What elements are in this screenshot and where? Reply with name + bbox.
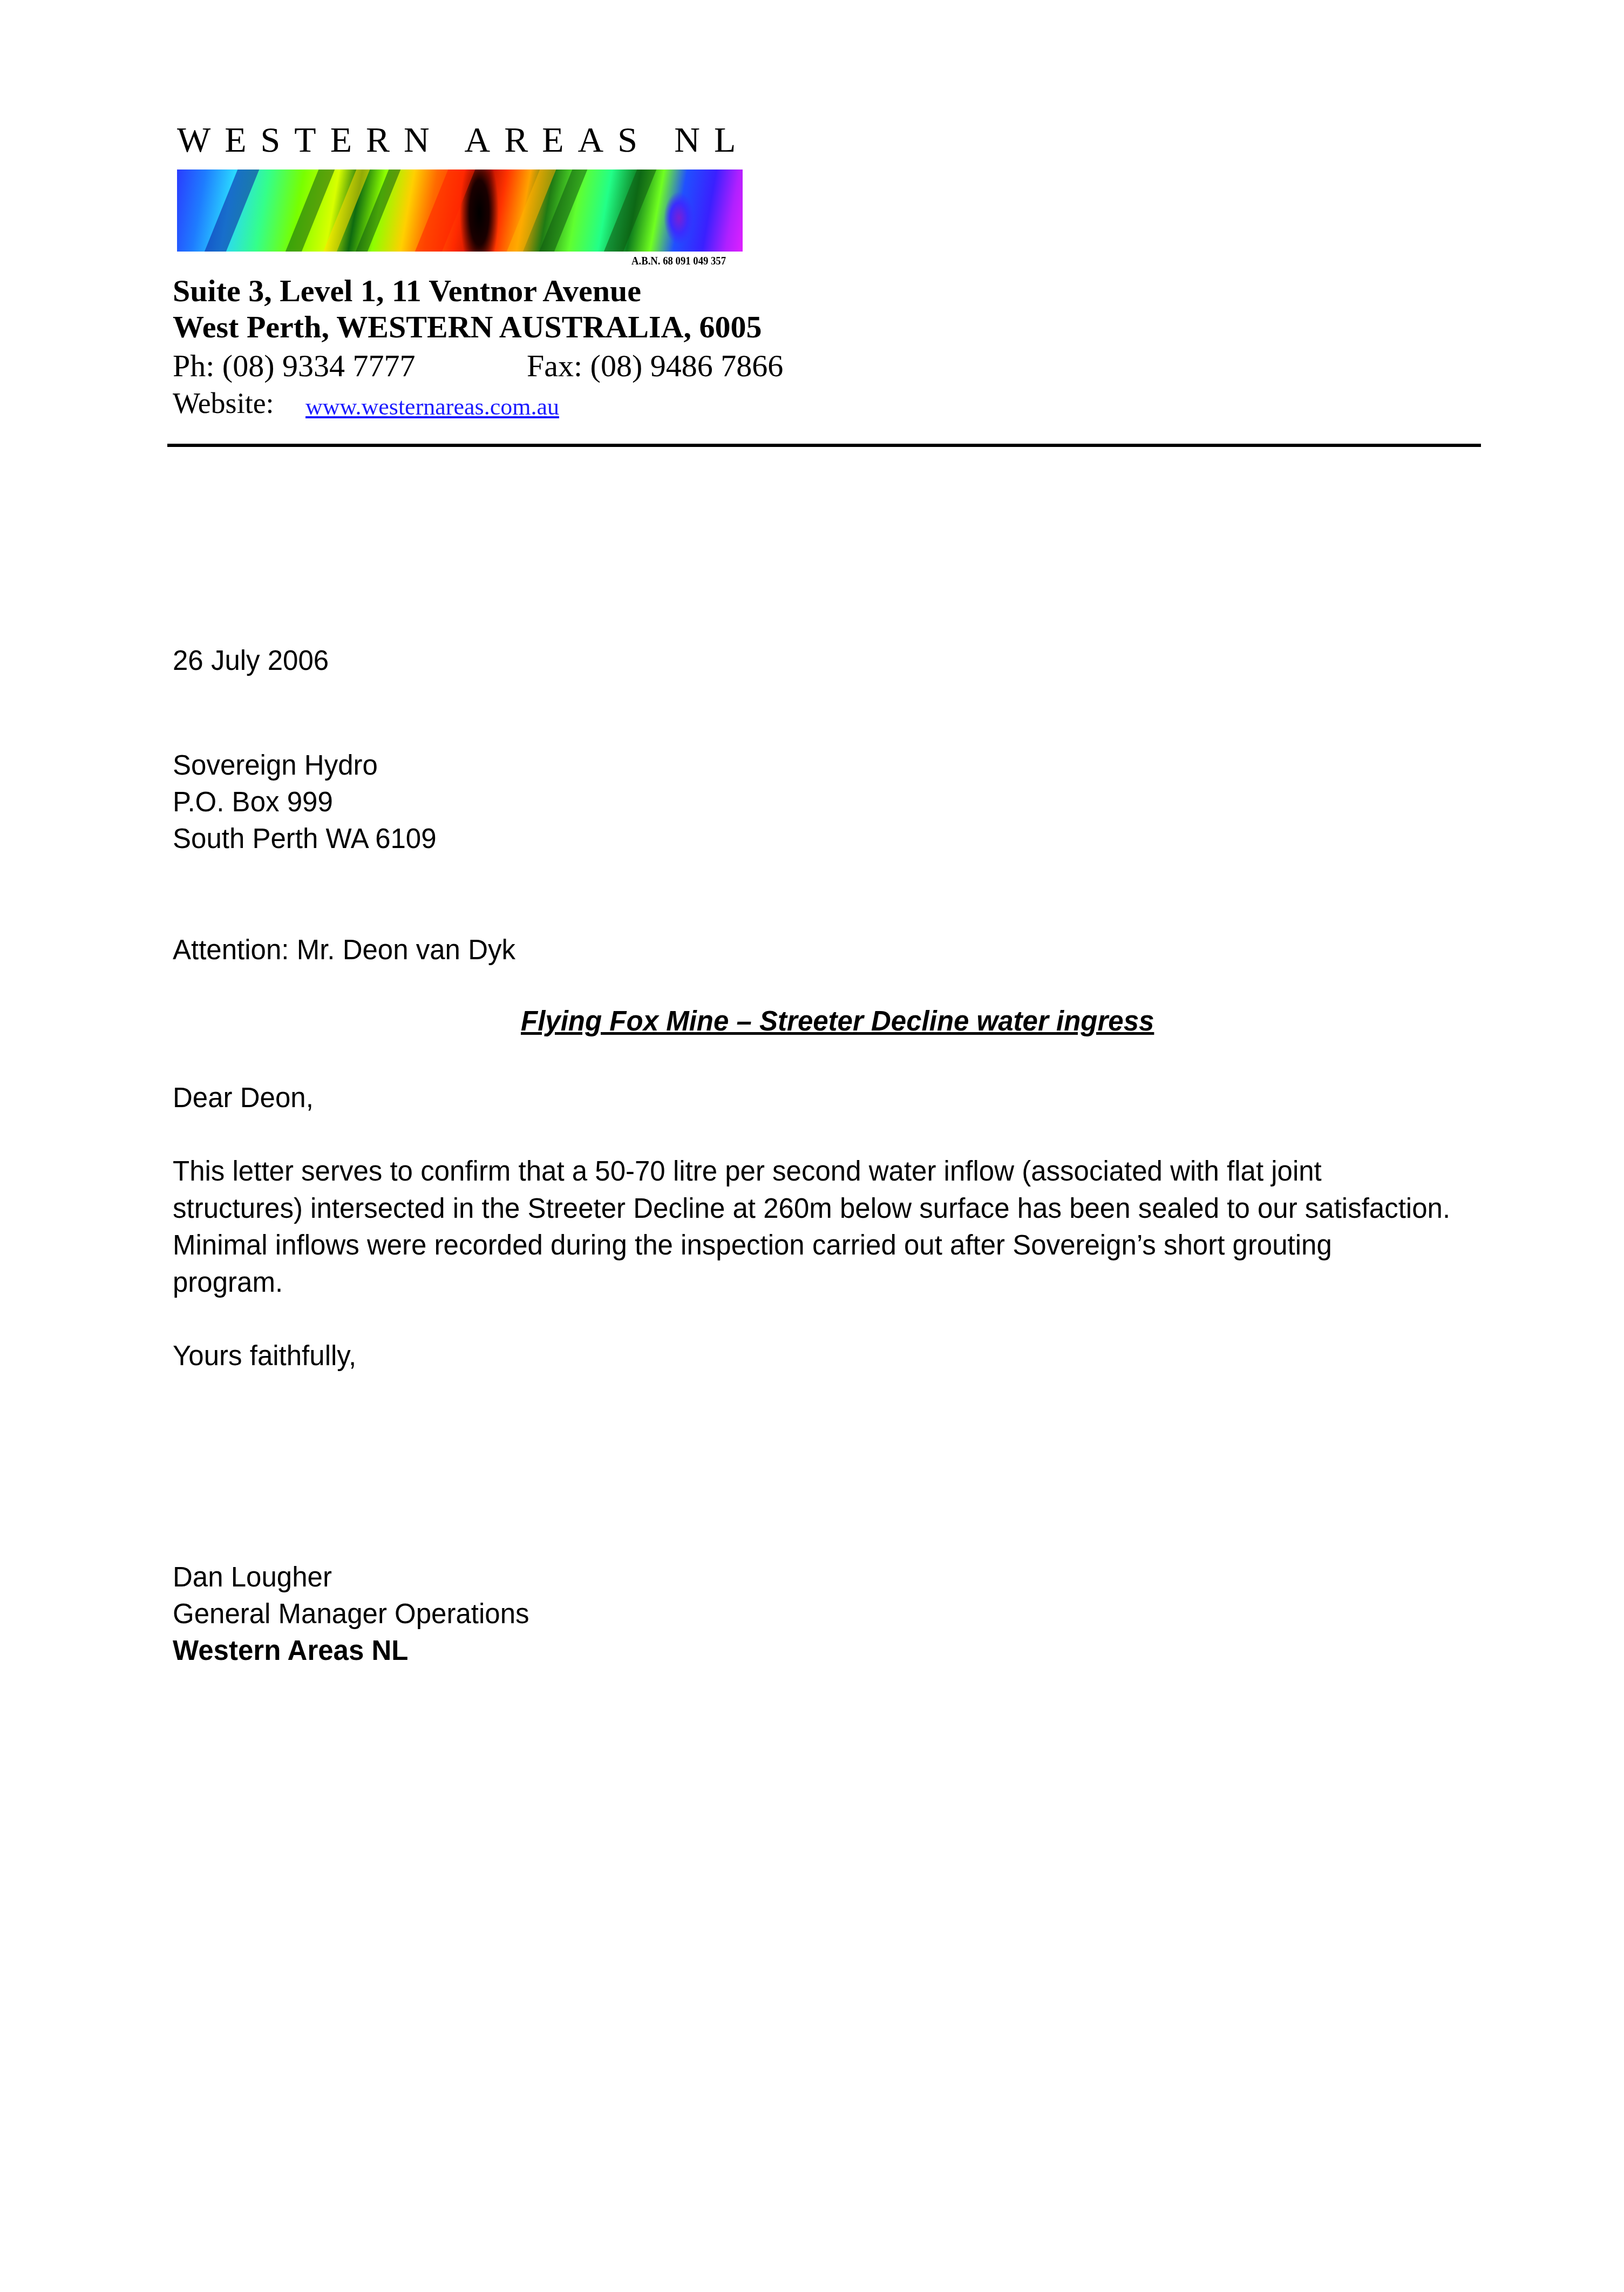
logo-banner-image (177, 169, 743, 252)
website-link[interactable]: www.westernareas.com.au (305, 393, 559, 421)
paragraph-line: This letter serves to confirm that a 50-… (173, 1153, 1500, 1190)
signer-company: Western Areas NL (173, 1632, 409, 1669)
signer-title: General Manager Operations (173, 1596, 529, 1632)
company-name: WESTERN AREAS NL (177, 120, 750, 161)
phone-number: Ph: (08) 9334 7777 (173, 348, 416, 384)
signer-name: Dan Lougher (173, 1559, 332, 1596)
letter-date: 26 July 2006 (173, 642, 329, 679)
header-divider (167, 444, 1481, 447)
fax-number: Fax: (08) 9486 7866 (527, 348, 783, 384)
attention-line: Attention: Mr. Deon van Dyk (173, 932, 515, 968)
salutation: Dear Deon, (173, 1080, 314, 1116)
paragraph-line: program. (173, 1264, 1500, 1301)
closing: Yours faithfully, (173, 1338, 356, 1374)
recipient-name: Sovereign Hydro (173, 747, 378, 784)
subject-heading: Flying Fox Mine – Streeter Decline water… (521, 1005, 1154, 1037)
body-paragraph: This letter serves to confirm that a 50-… (173, 1153, 1500, 1301)
recipient-city: South Perth WA 6109 (173, 820, 437, 857)
address-line-1: Suite 3, Level 1, 11 Ventnor Avenue (173, 273, 641, 309)
recipient-po-box: P.O. Box 999 (173, 784, 333, 820)
paragraph-line: Minimal inflows were recorded during the… (173, 1227, 1500, 1264)
address-line-2: West Perth, WESTERN AUSTRALIA, 6005 (173, 309, 762, 345)
website-label: Website: (173, 386, 274, 420)
paragraph-line: structures) intersected in the Streeter … (173, 1190, 1500, 1228)
abn-number: A.B.N. 68 091 049 357 (631, 254, 726, 268)
